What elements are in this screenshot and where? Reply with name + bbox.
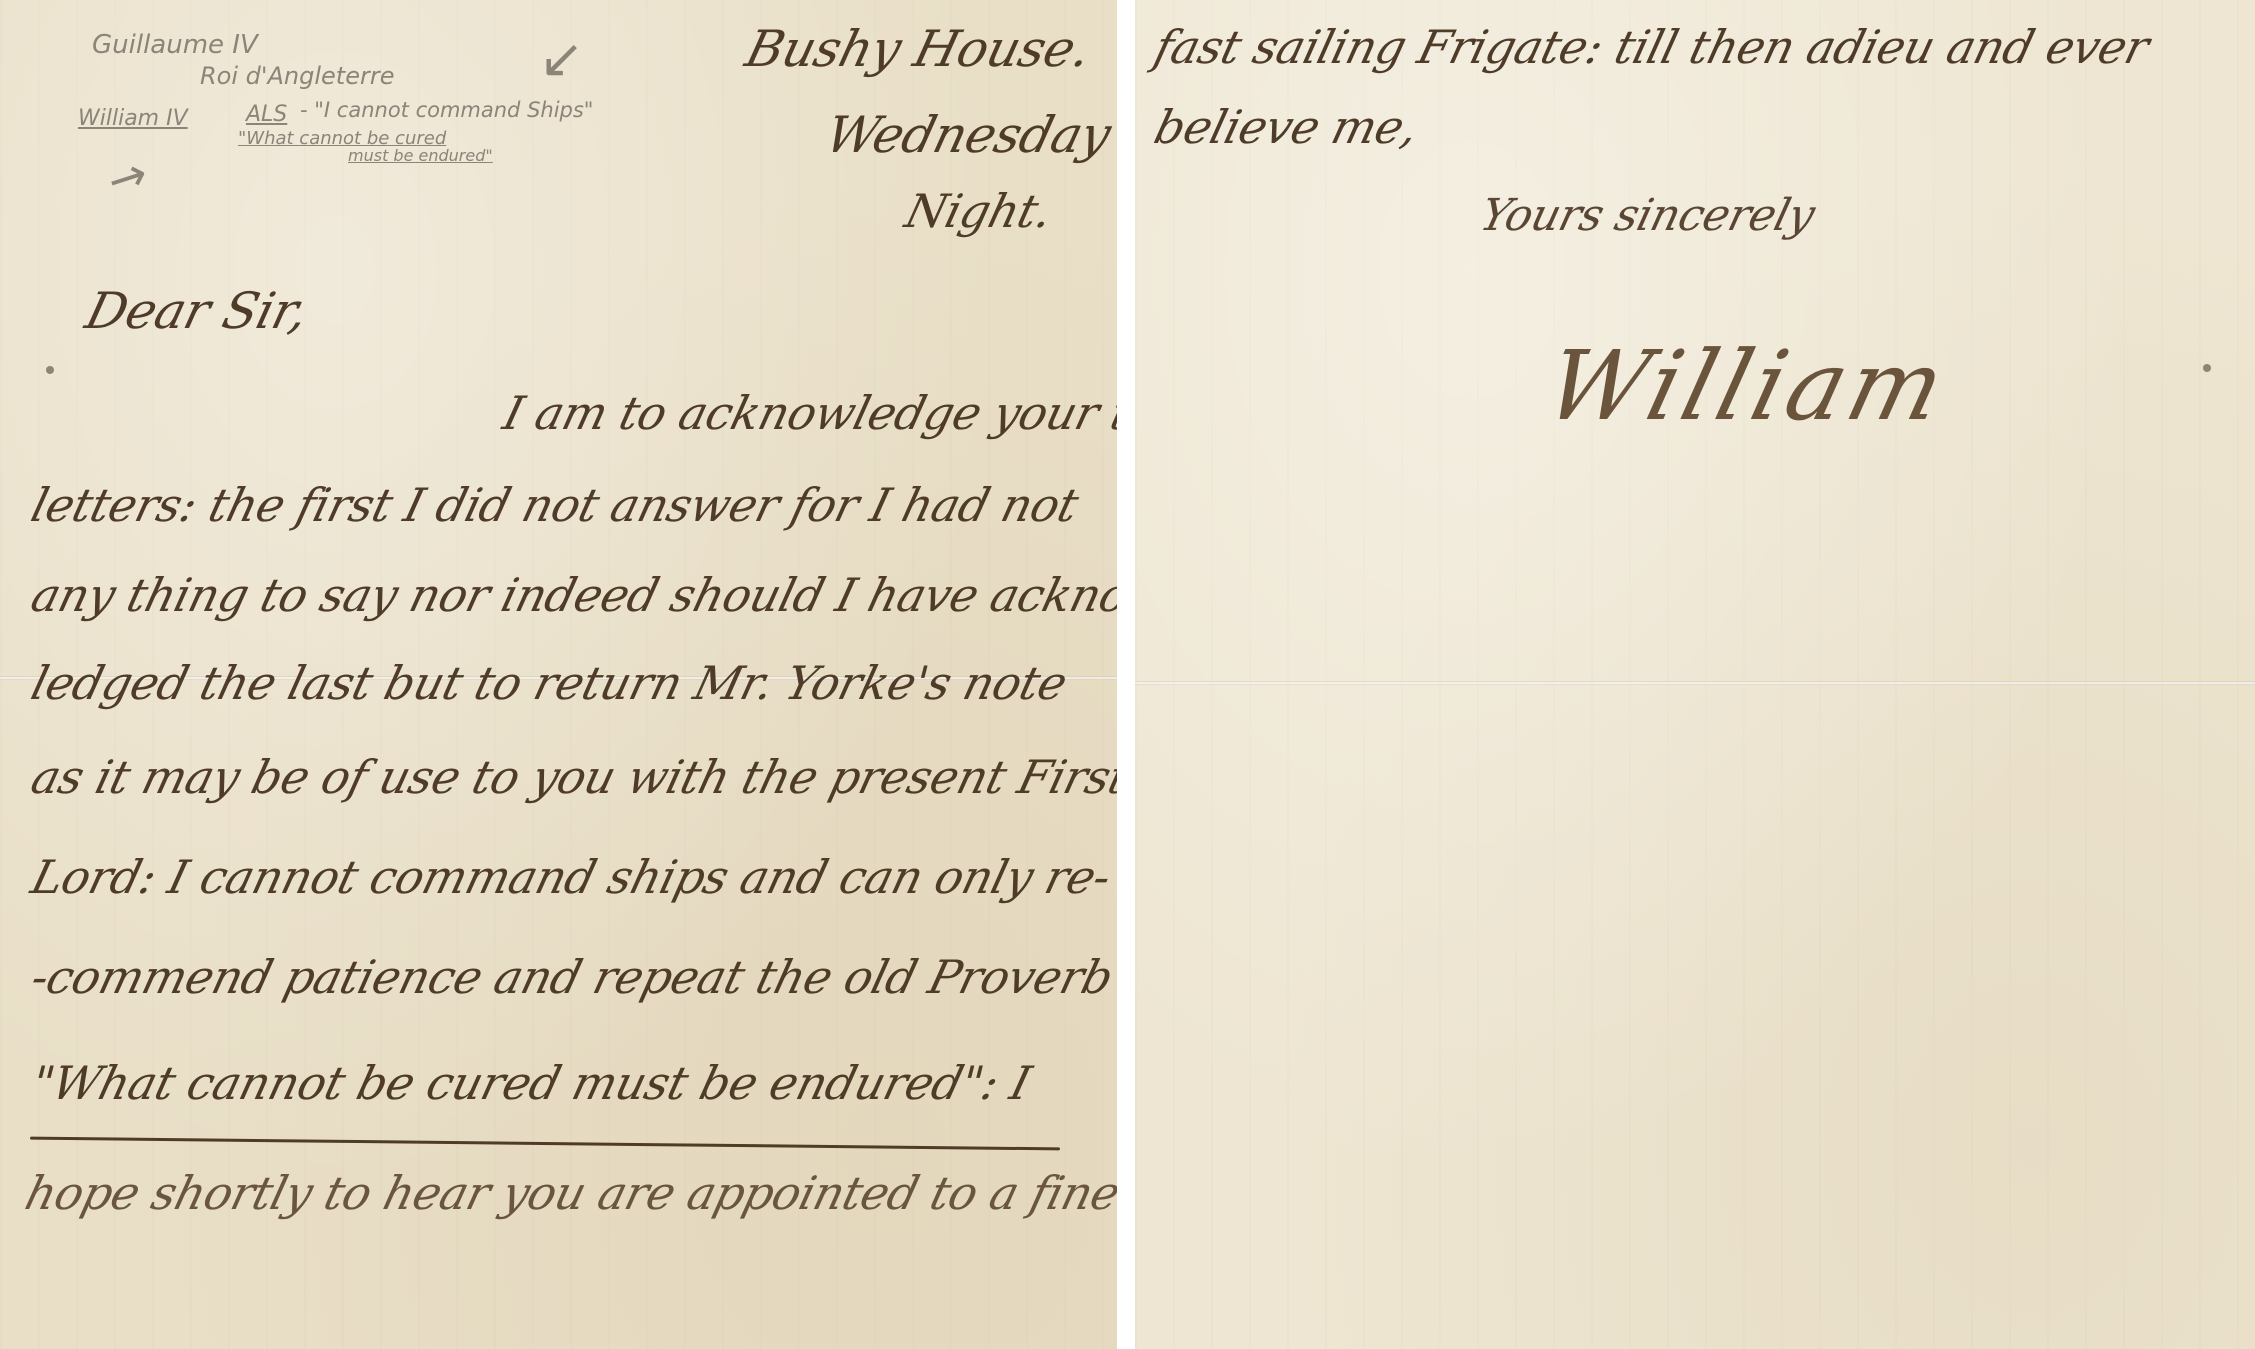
letter-heading-day: Wednesday: [820, 106, 1116, 164]
letter-heading-place: Bushy House.: [740, 20, 1096, 78]
pencil-note-proverb-2: must be endured": [348, 146, 493, 165]
letter-body-line-9: hope shortly to hear you are appointed t…: [20, 1166, 1117, 1220]
horizontal-fold-crease: [1135, 681, 2255, 685]
pencil-note-als: ALS: [246, 102, 287, 127]
letter-spread: Guillaume IV Roi d'Angleterre William IV…: [0, 0, 2255, 1349]
pencil-arrow-down-left-icon: →: [524, 23, 601, 100]
letter-body-line-7: -commend patience and repeat the old Pro…: [26, 950, 1117, 1004]
letter-salutation: Dear Sir,: [80, 282, 314, 340]
proverb-underline: [30, 1137, 1060, 1151]
letter-page-left: Guillaume IV Roi d'Angleterre William IV…: [0, 0, 1117, 1349]
letter-body-line-4: ledged the last but to return Mr. Yorke'…: [26, 656, 1072, 710]
pencil-note-william-iv: William IV: [78, 106, 188, 131]
letter-body-line-8-proverb: "What cannot be cured must be endured": …: [26, 1056, 1036, 1110]
pencil-note-quote: - "I cannot command Ships": [300, 98, 593, 122]
letter-signature: William: [1535, 330, 1959, 442]
pencil-note-roi: Roi d'Angleterre: [200, 62, 394, 90]
pencil-arrow-right-icon: →: [101, 145, 154, 208]
letter-closing: Yours sincerely: [1475, 190, 1820, 241]
letter-body-line-1: I am to acknowledge your two: [498, 386, 1117, 440]
letter-body-line-2: letters: the first I did not answer for …: [26, 478, 1084, 532]
letter-heading-time: Night.: [900, 184, 1058, 238]
letter-body-line-5: as it may be of use to you with the pres…: [26, 750, 1117, 804]
pin-hole-mark: [2203, 364, 2211, 372]
letter-page-right: fast sailing Frigate: till then adieu an…: [1135, 0, 2255, 1349]
pencil-note-guillaume: Guillaume IV: [92, 30, 258, 60]
letter-body-line-6: Lord: I cannot command ships and can onl…: [26, 850, 1116, 904]
letter-body-line-3: any thing to say nor indeed should I hav…: [26, 568, 1117, 622]
pin-hole-mark: [46, 366, 54, 374]
letter-continuation-line-2: believe me,: [1149, 100, 1424, 154]
letter-continuation-line-1: fast sailing Frigate: till then adieu an…: [1149, 20, 2154, 74]
